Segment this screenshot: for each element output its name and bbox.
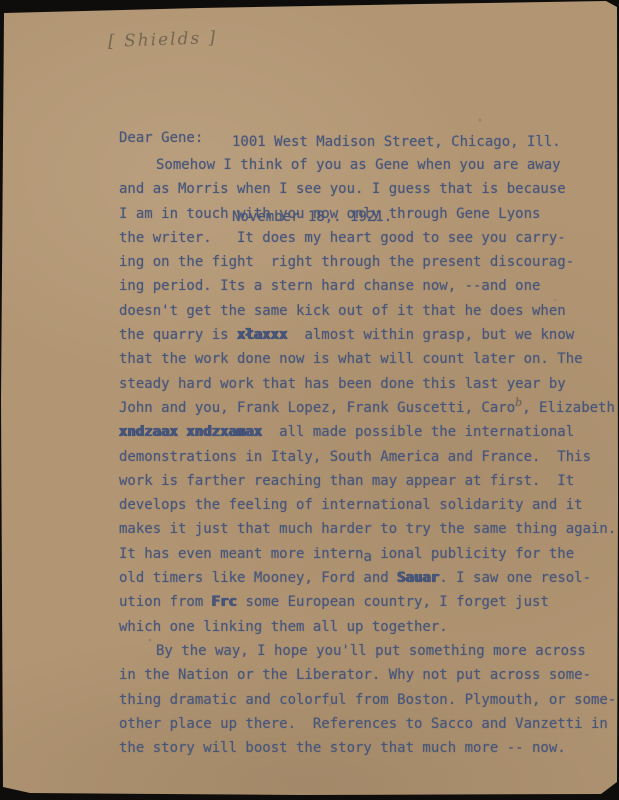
letter-line: doesn't get the same kick out of it that… — [119, 299, 589, 323]
letter-line: demonstrations in Italy, South America a… — [119, 445, 589, 469]
letter-line: in the Nation or the Liberator. Why not … — [119, 663, 589, 687]
letter-line: ing period. Its a stern hard chanse now,… — [119, 274, 589, 298]
line-text: the quarry is — [119, 327, 237, 343]
letter-paper: [ Shields ] 1001 West Madison Street, Ch… — [0, 0, 619, 800]
letter-line: Somehow I think of you as Gene when you … — [119, 153, 589, 177]
letter-line: develops the feeling of international so… — [119, 493, 589, 517]
line-text: It has even meant more intern — [119, 546, 363, 562]
line-text: some European country, I forget just — [237, 594, 549, 610]
letter-line: other place up there. References to Sacc… — [119, 712, 589, 736]
line-text: John and you, Frank Lopez, Frank Guscett… — [119, 400, 515, 416]
letter-line: By the way, I hope you'll put something … — [119, 639, 589, 663]
line-text: old timers like Mooney, Ford and — [119, 570, 397, 586]
letter-line: old timers like Mooney, Ford and Sauar. … — [119, 566, 589, 590]
letter-line: thing dramatic and colorful from Boston.… — [119, 688, 589, 712]
letter-line: ing on the fight right through the prese… — [119, 250, 589, 274]
letter-line: xndzaax xndzxamax all made possible the … — [119, 420, 589, 444]
line-text: almost within grasp, but we know — [288, 327, 575, 343]
letter-line: steady hard work that has been done this… — [119, 372, 589, 396]
letter-line: the writer. It does my heart good to see… — [119, 226, 589, 250]
letter-line: ution from Frc some European country, I … — [119, 590, 589, 614]
letter-line: I am in touch with you now only through … — [119, 202, 589, 226]
pencil-superscript-mark: b — [515, 396, 522, 409]
overtyped-word: xłaxxx — [237, 327, 288, 343]
overtyped-word: Sauar — [397, 570, 439, 586]
line-text: . I saw one resol- — [439, 570, 591, 586]
address-line: 1001 West Madison Street, Chicago, Ill. — [232, 130, 561, 155]
salutation: Dear Gene: — [119, 130, 203, 146]
line-text: ional publicity for the — [372, 546, 574, 562]
letter-line: and as Morris when I see you. I guess th… — [119, 177, 589, 201]
letter-line: work is farther reaching than may appear… — [119, 469, 589, 493]
line-text: ution from — [119, 594, 212, 610]
letter-line: John and you, Frank Lopez, Frank Guscett… — [119, 396, 589, 420]
line-text: , Elizabeth — [522, 400, 615, 416]
line-text: all made possible the international — [262, 424, 574, 440]
letter-line: makes it just that much harder to try th… — [119, 517, 589, 541]
letter-line: the story will boost the story that much… — [119, 736, 589, 760]
letter-line: which one linking them all up together. — [119, 615, 589, 639]
overtyped-word: xndzaax xndzxamax — [119, 424, 262, 440]
pencil-annotation: [ Shields ] — [108, 28, 218, 52]
letter-line: the quarry is xłaxxx almost within grasp… — [119, 323, 589, 347]
scanned-letter-frame: [ Shields ] 1001 West Madison Street, Ch… — [0, 0, 619, 800]
overtyped-word: Frc — [212, 594, 237, 610]
letter-line: that the work done now is what will coun… — [119, 347, 589, 371]
dropped-character: a — [363, 549, 371, 565]
letter-line: It has even meant more interna ional pub… — [119, 542, 589, 566]
letter-body: Somehow I think of you as Gene when you … — [119, 153, 589, 760]
